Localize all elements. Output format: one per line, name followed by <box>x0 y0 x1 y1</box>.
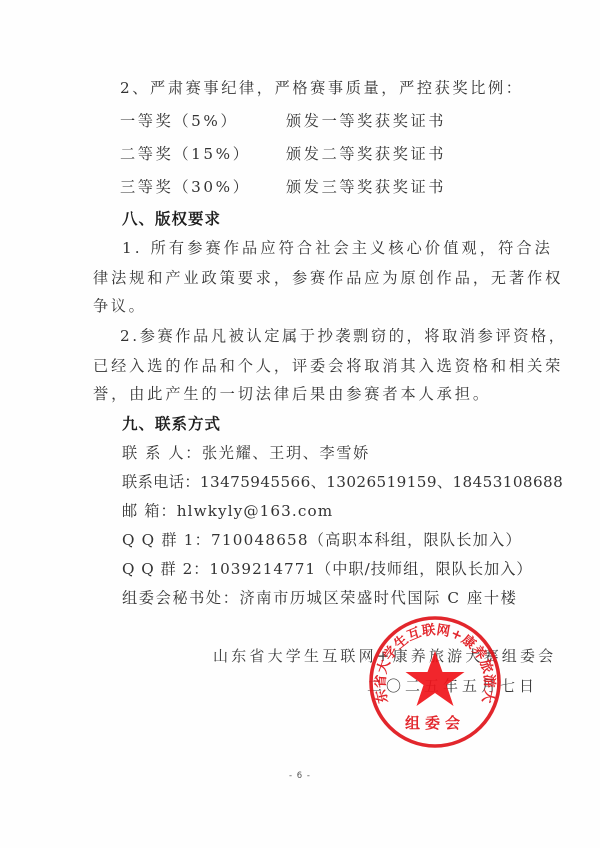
copyright-item-1-line-1: 1. 所有参赛作品应符合社会主义核心价值观，符合法 <box>122 238 553 258</box>
copyright-item-1-line-3: 争议。 <box>93 296 146 316</box>
award-description: 颁发二等奖获奖证书 <box>286 144 446 164</box>
contact-phone: 联系电话：13475945566、13026519159、18453108688 <box>122 472 563 492</box>
award-level: 三等奖（30%） <box>120 177 251 197</box>
contact-secretariat: 组委会秘书处：济南市历城区荣盛时代国际 C 座十楼 <box>122 588 517 608</box>
contact-qq-group-2: Q Q 群 2：1039214771（中职/技师组，限队长加入） <box>122 559 533 579</box>
section-heading-contact: 九、联系方式 <box>122 414 221 434</box>
page-number: - 6 - <box>0 771 600 781</box>
contact-person: 联 系 人：张光耀、王玥、李雪娇 <box>122 443 370 463</box>
award-description: 颁发一等奖获奖证书 <box>286 111 446 131</box>
copyright-item-1-line-2: 律法规和产业政策要求，参赛作品应为原创作品，无著作权 <box>93 268 563 288</box>
official-seal-icon: 山东省大学生互联网+康养旅游大赛 组委会 <box>367 614 503 750</box>
rule-item-2: 2、严肃赛事纪律，严格赛事质量，严控获奖比例： <box>120 78 524 98</box>
svg-text:组委会: 组委会 <box>405 714 465 732</box>
copyright-item-2-line-1: 2.参赛作品凡被认定属于抄袭剽窃的，将取消参评资格， <box>120 326 567 346</box>
award-description: 颁发三等奖获奖证书 <box>286 177 446 197</box>
section-heading-copyright: 八、版权要求 <box>122 209 221 229</box>
copyright-item-2-line-3: 誉，由此产生的一切法律后果由参赛者本人承担。 <box>93 384 491 404</box>
contact-email[interactable]: 邮 箱：hlwkyly@163.com <box>122 501 333 521</box>
award-level: 一等奖（5%） <box>120 111 238 131</box>
award-level: 二等奖（15%） <box>120 144 251 164</box>
contact-qq-group-1: Q Q 群 1：710048658（高职本科组，限队长加入） <box>122 530 522 550</box>
copyright-item-2-line-2: 已经入选的作品和个人，评委会将取消其入选资格和相关荣 <box>93 356 563 376</box>
document-page: 2、严肃赛事纪律，严格赛事质量，严控获奖比例： 一等奖（5%） 颁发一等奖获奖证… <box>0 0 600 848</box>
